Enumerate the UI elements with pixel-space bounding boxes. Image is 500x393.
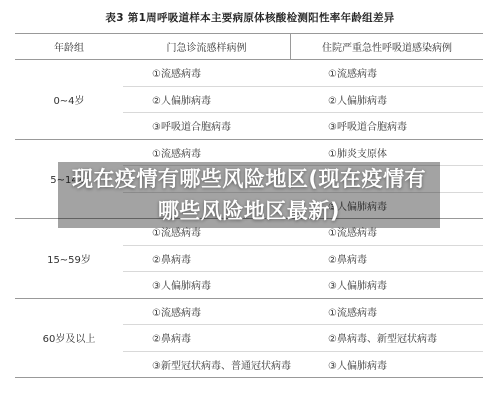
ili-rank-2: ②鼻病毒 <box>123 325 290 351</box>
header-sari-cases: 住院严重急性呼吸道感染病例 <box>290 34 483 59</box>
table-row: 0~4岁 ①流感病毒 ①流感病毒 ②人偏肺病毒 ②人偏肺病毒 ③呼吸道合胞病毒 … <box>15 60 483 140</box>
ili-rank-3: ③新型冠状病毒、普通冠状病毒 <box>123 352 290 378</box>
subrow: ②鼻病毒 ②鼻病毒、新型冠状病毒 <box>123 324 483 351</box>
table-row: 15~59岁 ①流感病毒 ①流感病毒 ②鼻病毒 ②鼻病毒 ③人偏肺病毒 ③人偏肺… <box>15 219 483 299</box>
age-group-label: 15~59岁 <box>15 219 123 298</box>
sari-rank-1: ①流感病毒 <box>290 299 483 325</box>
sari-rank-2: ②鼻病毒、新型冠状病毒 <box>290 325 483 351</box>
overlay-banner-text-line1: 现在疫情有哪些风险地区(现在疫情有 <box>72 163 426 195</box>
sari-rank-3: ③人偏肺病毒 <box>290 272 483 298</box>
subrow: ②鼻病毒 ②鼻病毒 <box>123 245 483 272</box>
ili-rank-1: ①流感病毒 <box>123 60 290 86</box>
group-subrows: ①流感病毒 ①流感病毒 ②鼻病毒 ②鼻病毒 ③人偏肺病毒 ③人偏肺病毒 <box>123 219 483 298</box>
header-ili-cases: 门急诊流感样病例 <box>123 34 290 59</box>
subrow: ③新型冠状病毒、普通冠状病毒 ③人偏肺病毒 <box>123 351 483 378</box>
sari-rank-1: ①流感病毒 <box>290 60 483 86</box>
sari-rank-3: ③呼吸道合胞病毒 <box>290 113 483 139</box>
table-row: 60岁及以上 ①流感病毒 ①流感病毒 ②鼻病毒 ②鼻病毒、新型冠状病毒 ③新型冠… <box>15 299 483 379</box>
table-header-row: 年龄组 门急诊流感样病例 住院严重急性呼吸道感染病例 <box>15 33 483 60</box>
header-age-group: 年龄组 <box>15 34 123 59</box>
subrow: ③人偏肺病毒 ③人偏肺病毒 <box>123 271 483 298</box>
ili-rank-2: ②鼻病毒 <box>123 246 290 272</box>
overlay-banner-text-line2: 哪些风险地区最新) <box>158 195 340 227</box>
subrow: ③呼吸道合胞病毒 ③呼吸道合胞病毒 <box>123 112 483 139</box>
group-subrows: ①流感病毒 ①流感病毒 ②鼻病毒 ②鼻病毒、新型冠状病毒 ③新型冠状病毒、普通冠… <box>123 299 483 378</box>
sari-rank-2: ②鼻病毒 <box>290 246 483 272</box>
subrow: ①流感病毒 ①流感病毒 <box>123 299 483 325</box>
ili-rank-1: ①流感病毒 <box>123 299 290 325</box>
sari-rank-3: ③人偏肺病毒 <box>290 352 483 378</box>
page-title: 表3 第1周呼吸道样本主要病原体核酸检测阳性率年龄组差异 <box>0 10 500 25</box>
group-subrows: ①流感病毒 ①流感病毒 ②人偏肺病毒 ②人偏肺病毒 ③呼吸道合胞病毒 ③呼吸道合… <box>123 60 483 139</box>
subrow: ②人偏肺病毒 ②人偏肺病毒 <box>123 86 483 113</box>
sari-rank-2: ②人偏肺病毒 <box>290 87 483 113</box>
ili-rank-2: ②人偏肺病毒 <box>123 87 290 113</box>
age-group-label: 0~4岁 <box>15 60 123 139</box>
subrow: ①流感病毒 ①流感病毒 <box>123 60 483 86</box>
age-group-label: 60岁及以上 <box>15 299 123 378</box>
ili-rank-3: ③人偏肺病毒 <box>123 272 290 298</box>
overlay-banner[interactable]: 现在疫情有哪些风险地区(现在疫情有 哪些风险地区最新) <box>58 162 440 228</box>
ili-rank-3: ③呼吸道合胞病毒 <box>123 113 290 139</box>
